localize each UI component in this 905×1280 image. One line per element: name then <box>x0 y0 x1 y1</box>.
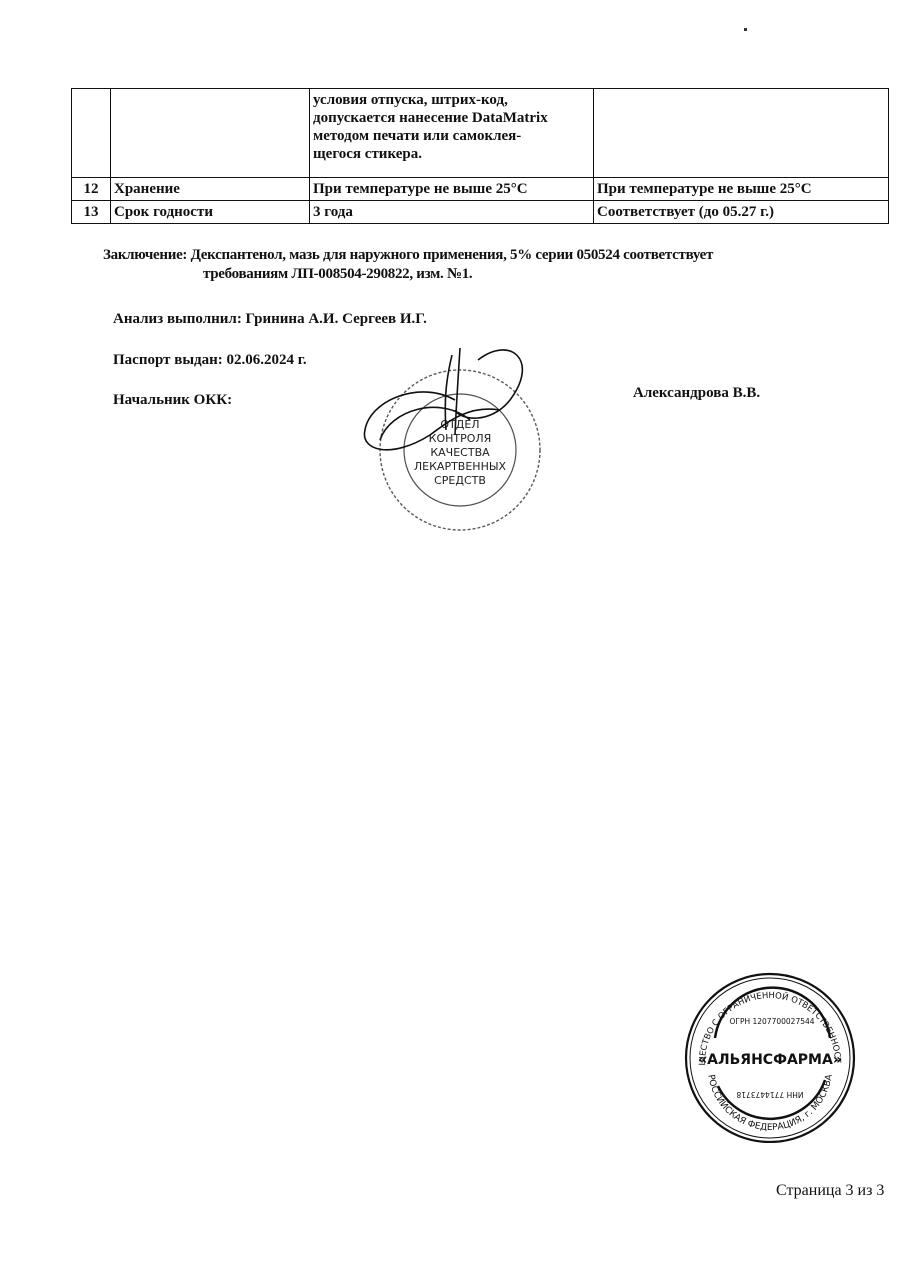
stamp-line: СРЕДСТВ <box>434 474 486 487</box>
stamp-line: ЛЕКАРТВЕННЫХ <box>414 460 507 473</box>
row-result: Соответствует (до 05.27 г.) <box>594 201 889 224</box>
requirement-line: щегося стикера. <box>313 145 590 163</box>
head-qc-name: Александрова В.В. <box>633 385 760 402</box>
qc-department-stamp: ОТДЕЛ КОНТРОЛЯ КАЧЕСТВА ЛЕКАРТВЕННЫХ СРЕ… <box>360 340 550 535</box>
row-requirement: условия отпуска, штрих-код, допускается … <box>310 89 594 178</box>
conclusion: Заключение: Декспантенол, мазь для наруж… <box>103 246 843 284</box>
conclusion-line-1: Заключение: Декспантенол, мазь для наруж… <box>103 247 713 263</box>
analysis-performed-by: Анализ выполнил: Гринина А.И. Сергеев И.… <box>113 311 427 328</box>
table-row: 12 Хранение При температуре не выше 25°С… <box>72 178 889 201</box>
row-number: 12 <box>72 178 111 201</box>
conclusion-line-2: требованиям ЛП-008504-290822, изм. №1. <box>103 265 843 284</box>
requirement-line: методом печати или самоклея- <box>313 127 590 145</box>
stamp-inn: ИНН 7714473718 <box>736 1090 803 1099</box>
stamp-company-name: «АЛЬЯНСФАРМА» <box>698 1052 842 1068</box>
row-number: 13 <box>72 201 111 224</box>
company-stamp: ОБЩЕСТВО С ОГРАНИЧЕННОЙ ОТВЕТСТВЕННОСТЬЮ… <box>680 968 860 1143</box>
passport-issued-date: Паспорт выдан: 02.06.2024 г. <box>113 352 307 369</box>
table-row: условия отпуска, штрих-код, допускается … <box>72 89 889 178</box>
requirement-line: условия отпуска, штрих-код, <box>313 91 590 109</box>
page-number: Страница 3 из 3 <box>776 1182 884 1200</box>
scan-speck <box>744 28 747 31</box>
spec-table: условия отпуска, штрих-код, допускается … <box>71 88 889 224</box>
stamp-ogrn: ОГРН 1207700027544 <box>729 1017 814 1026</box>
row-name: Срок годности <box>111 201 310 224</box>
table-row: 13 Срок годности 3 года Соответствует (д… <box>72 201 889 224</box>
row-name: Хранение <box>111 178 310 201</box>
stamp-line: КОНТРОЛЯ <box>429 432 492 445</box>
row-requirement: При температуре не выше 25°С <box>310 178 594 201</box>
row-result: При температуре не выше 25°С <box>594 178 889 201</box>
row-number <box>72 89 111 178</box>
row-name <box>111 89 310 178</box>
row-result <box>594 89 889 178</box>
requirement-line: допускается нанесение DataMatrix <box>313 109 590 127</box>
row-requirement: 3 года <box>310 201 594 224</box>
head-qc-label: Начальник ОКК: <box>113 392 232 409</box>
stamp-line: КАЧЕСТВА <box>430 446 490 459</box>
